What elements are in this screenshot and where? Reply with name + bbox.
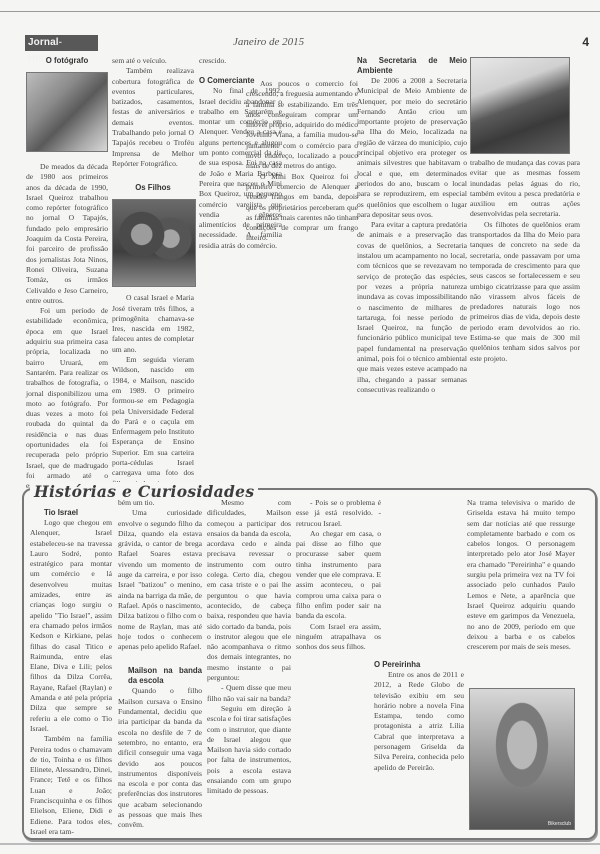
heading-filhos: Os Filhos xyxy=(112,183,194,193)
photo-photographer xyxy=(26,72,108,152)
continuation: bém um tio. xyxy=(118,498,202,508)
column-b4: - Pois se o problema é esse já está reso… xyxy=(296,498,381,652)
paragraph: Logo que chegou em Alenquer, Israel esta… xyxy=(30,518,112,734)
shirt-text: Bikersclub xyxy=(548,821,571,827)
heading-secretaria: Na Secretaria de Meio Ambiente xyxy=(357,56,467,76)
paragraph: Para evitar a captura predatória de anim… xyxy=(357,220,467,395)
paragraph: De meados da década de 1980 aos primeiro… xyxy=(26,162,108,306)
paragraph: Mesmo com dificuldades, Mailson começou … xyxy=(207,498,291,683)
paragraph: Também realizava cobertura fotográfica d… xyxy=(112,66,194,169)
paragraph: O Mini Box Queiroz foi o primeiro comerc… xyxy=(246,172,358,244)
paragraph: - Quem disse que meu filho não vai sair … xyxy=(207,683,291,704)
paragraph: Aos poucos o comercio foi crescendo, a f… xyxy=(246,79,358,172)
photo-turtles xyxy=(470,57,570,154)
paragraph: Uma curiosidade envolve o segundo filho … xyxy=(118,508,202,652)
article-secretaria: Na Secretaria de Meio Ambiente De 2006 a… xyxy=(357,56,467,395)
paragraph: O casal Israel e Maria José tiveram três… xyxy=(112,293,194,355)
newspaper-logo: Jornal-Historia xyxy=(25,35,98,51)
bottom-rule xyxy=(0,843,600,845)
heading-mailson: Mailson na banda da escola xyxy=(118,666,202,686)
continuation: crescido. xyxy=(199,56,282,66)
column-b3: Mesmo com dificuldades, Mailson começou … xyxy=(207,498,291,797)
article-fotografo: O fotógrafo De meados da década de 1980 … xyxy=(26,56,108,512)
column-b6: Na trama televisiva o marido de Griselda… xyxy=(467,498,575,652)
article-comerciante-cont: Aos poucos o comercio foi crescendo, a f… xyxy=(246,79,358,244)
paragraph: Ao chegar em casa, o pai disse ao filho … xyxy=(296,529,381,622)
logo-part1: Jornal xyxy=(28,37,59,48)
paragraph: Os filhotes de quelônios eram transporta… xyxy=(470,220,580,364)
article-pereirinha: O Pereirinha Entre os anos de 2011 e 201… xyxy=(374,660,464,773)
heading-pereirinha: O Pereirinha xyxy=(374,660,464,670)
heading-fotografo: O fotógrafo xyxy=(26,56,108,66)
continuation: sem até o veículo. xyxy=(112,56,194,66)
heading-tio-israel: Tio Israel xyxy=(30,508,112,518)
paragraph: - Pois se o problema é esse já está reso… xyxy=(296,498,381,529)
issue-date: Janeiro de 2015 xyxy=(233,36,304,48)
page-header: Jornal-Historia Janeiro de 2015 4 xyxy=(25,35,595,53)
column-2: sem até o veículo. Também realizava cobe… xyxy=(112,56,194,510)
page-number: 4 xyxy=(582,35,589,49)
logo-dash: - xyxy=(59,37,62,48)
paragraph: Com Israel era assim, ninguém atrapalhav… xyxy=(296,622,381,653)
paragraph: De 2006 a 2008 a Secretaria Municipal de… xyxy=(357,76,467,220)
paragraph: Seguiu em direção à escola e foi tirar s… xyxy=(207,704,291,797)
photo-kids xyxy=(112,199,196,287)
article-tio-israel: Tio Israel Logo que chegou em Alenquer, … xyxy=(30,508,112,837)
photo-bearded-man: Bikersclub xyxy=(469,688,575,830)
paragraph: Quando o filho Mailson cursava o Ensino … xyxy=(118,686,202,830)
column-b2: bém um tio. Uma curiosidade envolve o se… xyxy=(118,498,202,831)
newspaper-page: Jornal-Historia Janeiro de 2015 4 O fotó… xyxy=(0,0,600,854)
continuation: trabalho de mudança das covas para evita… xyxy=(470,158,580,220)
top-rule xyxy=(0,11,600,12)
article-secretaria-cont: trabalho de mudança das covas para evita… xyxy=(470,158,580,364)
paragraph: Na trama televisiva o marido de Griselda… xyxy=(467,498,575,652)
paragraph: Também na família Pereira todos o chamav… xyxy=(30,734,112,837)
paragraph: Entre os anos de 2011 e 2012, a Rede Glo… xyxy=(374,670,464,773)
